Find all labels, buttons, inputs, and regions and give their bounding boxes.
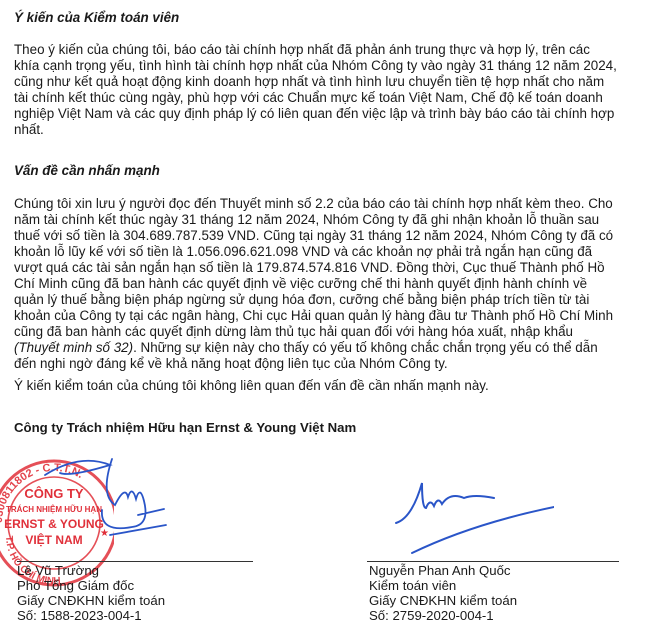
signatory-right: Nguyễn Phan Anh Quốc Kiểm toán viên Giấy…	[369, 563, 517, 623]
firm-name: Công ty Trách nhiệm Hữu hạn Ernst & Youn…	[14, 420, 356, 436]
conclusion-paragraph: Ý kiến kiểm toán của chúng tôi không liê…	[14, 378, 654, 394]
opinion-heading: Ý kiến của Kiểm toán viên	[14, 10, 179, 26]
text-line: (Thuyết minh số 32). Những sự kiện này c…	[14, 340, 654, 356]
signatory-cert-label: Giấy CNĐKHN kiểm toán	[369, 593, 517, 608]
text-line: khía cạnh trọng yếu, tình hình tài chính…	[14, 58, 654, 74]
text-line: nghiệp Việt Nam và các quy định pháp lý …	[14, 106, 654, 122]
signatory-cert-label: Giấy CNĐKHN kiểm toán	[17, 593, 165, 608]
text-line: cũng như kết quả hoạt động kinh doanh hợ…	[14, 74, 654, 90]
text-line: cũng đã ban hành các quyết định dừng làm…	[14, 324, 654, 340]
text-line: Theo ý kiến của chúng tôi, báo cáo tài c…	[14, 42, 654, 58]
emphasis-paragraph: Chúng tôi xin lưu ý người đọc đến Thuyết…	[14, 196, 654, 372]
text-line: tài chính kết thúc cùng ngày, phù hợp vớ…	[14, 90, 654, 106]
text-line: vượt quá các tài sản ngắn hạn số tiền là…	[14, 260, 654, 276]
signatory-name: Nguyễn Phan Anh Quốc	[369, 563, 517, 578]
signatory-name: Lê Vũ Trường	[17, 563, 165, 578]
signatory-title: Kiểm toán viên	[369, 578, 517, 593]
text-line: thuế với số tiền là 304.689.787.539 VND.…	[14, 228, 654, 244]
signatory-cert-number: Số: 1588-2023-004-1	[17, 608, 165, 623]
signature-line-right	[367, 561, 619, 562]
signatory-cert-number: Số: 2759-2020-004-1	[369, 608, 517, 623]
text-line: đến nghi ngờ đáng kể về khả năng hoạt độ…	[14, 356, 654, 372]
text-line: quản lý thuế bằng biện pháp ngừng sử dụn…	[14, 292, 654, 308]
opinion-paragraph: Theo ý kiến của chúng tôi, báo cáo tài c…	[14, 42, 654, 138]
signatory-title: Phó Tổng Giám đốc	[17, 578, 165, 593]
text-line: Chúng tôi xin lưu ý người đọc đến Thuyết…	[14, 196, 654, 212]
signature-line-left	[17, 561, 253, 562]
signature-right-icon	[394, 478, 554, 558]
note-reference: (Thuyết minh số 32)	[14, 340, 133, 355]
text-line: Chí Minh cũng đã ban hành các quyết định…	[14, 276, 654, 292]
text-line: khoản của Công ty tại các ngân hàng, Chi…	[14, 308, 654, 324]
text-line: khoản lỗ lũy kế với số tiền là 1.056.096…	[14, 244, 654, 260]
emphasis-heading: Vấn đề cần nhấn mạnh	[14, 163, 160, 179]
signatory-left: Lê Vũ Trường Phó Tổng Giám đốc Giấy CNĐK…	[17, 563, 165, 623]
text-line: nhất.	[14, 122, 654, 138]
text-line: năm tài chính kết thúc ngày 31 tháng 12 …	[14, 212, 654, 228]
text-fragment: . Những sự kiện này cho thấy có yếu tố k…	[133, 340, 598, 355]
signature-left-icon	[40, 455, 170, 545]
